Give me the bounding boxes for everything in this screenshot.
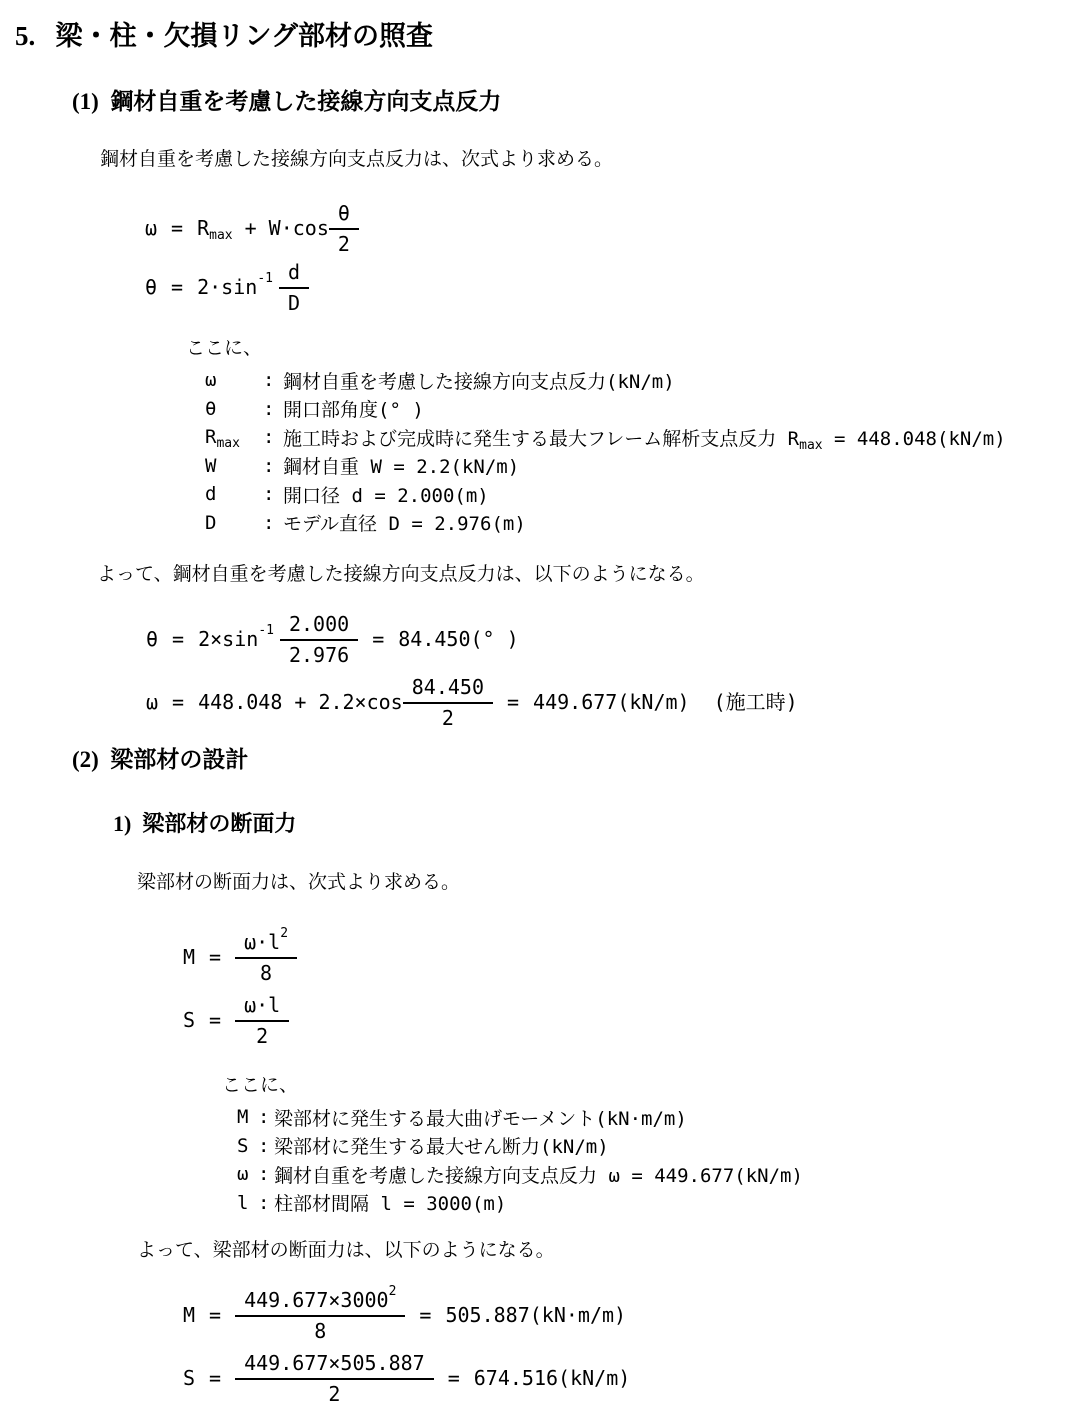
formula-result: 674.516(kN/m) [474, 1367, 631, 1390]
section-1-heading: (1) 鋼材自重を考慮した接線方向支点反力 [72, 88, 1092, 116]
formula-result: 505.887(kN·m/m) [445, 1304, 626, 1327]
formula-lhs: M [183, 946, 195, 969]
fraction: ω·l2 8 [235, 930, 297, 985]
equals-sign: = [209, 1009, 221, 1032]
formula-lhs: θ [145, 276, 157, 299]
fraction: ω·l 2 [235, 993, 289, 1048]
equals-sign: = [209, 946, 221, 969]
formula-moment-symbolic: M = ω·l2 8 [183, 930, 1092, 985]
superscript: 2 [280, 926, 288, 941]
definition-symbol: ω [205, 369, 263, 391]
fraction-denominator: 2 [442, 704, 454, 730]
section-1-intro: 鋼材自重を考慮した接線方向支点反力は、次式より求める。 [100, 148, 1092, 171]
section-2-conclusion: よって、梁部材の断面力は、以下のようになる。 [137, 1239, 1092, 1262]
plus-sign: + [245, 217, 257, 240]
definition-symbol: W [205, 455, 263, 477]
definition-symbol: S [237, 1135, 258, 1157]
section-1-conclusion: よって、鋼材自重を考慮した接線方向支点反力は、以下のようになる。 [97, 563, 1092, 586]
formula-term-sin: 2·sin-1 [197, 276, 273, 299]
definition-list-2: M : 梁部材に発生する最大曲げモーメント(kN·m/m) S : 梁部材に発生… [237, 1103, 1092, 1217]
definition-colon: : [258, 1163, 274, 1185]
definition-colon: : [258, 1106, 274, 1128]
section-2-heading: (2) 梁部材の設計 [72, 746, 1092, 774]
equals-sign: = [209, 1367, 221, 1390]
superscript: -1 [257, 271, 273, 286]
formula-omega-symbolic: ω = Rmax + W·cos θ 2 [145, 201, 1092, 256]
formula-omega-numeric: ω = 448.048 + 2.2×cos 84.450 2 = 449.677… [146, 675, 1092, 730]
definition-list-1: ω : 鋼材自重を考慮した接線方向支点反力(kN/m) θ : 開口部角度(° … [205, 366, 1092, 537]
fraction-denominator: 2 [256, 1022, 268, 1048]
superscript: -1 [258, 623, 274, 638]
definition-text: 鋼材自重を考慮した接線方向支点反力 ω = 449.677(kN/m) [274, 1161, 1092, 1188]
subscript: max [209, 228, 232, 243]
fraction-denominator: 8 [314, 1317, 326, 1343]
formula-term-sin: 2×sin-1 [198, 628, 274, 651]
fraction-numerator: ω·l [235, 993, 289, 1022]
superscript: 2 [389, 1284, 397, 1299]
subscript: max [799, 438, 822, 453]
fraction-denominator: 2 [328, 1380, 340, 1406]
fraction-numerator: ω·l2 [235, 930, 297, 959]
formula-lhs: ω [145, 217, 157, 240]
fraction-denominator: 8 [260, 959, 272, 985]
formula-result: 84.450(° ) [398, 628, 518, 651]
where-label-1: ここに、 [186, 337, 1092, 360]
formula-theta-symbolic: θ = 2·sin-1 d D [145, 260, 1092, 315]
definition-text: モデル直径 D = 2.976(m) [283, 509, 1092, 536]
formula-lhs: S [183, 1367, 195, 1390]
definition-symbol: d [205, 483, 263, 505]
formula-term-wcos-value: 2.2×cos [318, 691, 402, 714]
formula-theta-numeric: θ = 2×sin-1 2.000 2.976 = 84.450(° ) [146, 612, 1092, 667]
equals-sign: = [171, 276, 183, 299]
fraction: θ 2 [329, 201, 359, 256]
definition-text: 施工時および完成時に発生する最大フレーム解析支点反力 Rmax = 448.04… [283, 424, 1092, 451]
definition-row-omega: ω : 鋼材自重を考慮した接線方向支点反力(kN/m) [205, 366, 1092, 395]
formula-lhs: ω [146, 691, 158, 714]
subscript: max [216, 436, 239, 451]
fraction-numerator: θ [329, 201, 359, 230]
definition-text: 開口径 d = 2.000(m) [283, 481, 1092, 508]
formula-term-rmax-value: 448.048 [198, 691, 282, 714]
fraction: 84.450 2 [403, 675, 493, 730]
definition-colon: : [263, 512, 283, 534]
definition-row-M: M : 梁部材に発生する最大曲げモーメント(kN·m/m) [237, 1103, 1092, 1132]
definition-row-D: D : モデル直径 D = 2.976(m) [205, 509, 1092, 538]
definition-row-S: S : 梁部材に発生する最大せん断力(kN/m) [237, 1132, 1092, 1161]
equals-sign: = [171, 217, 183, 240]
where-label-2: ここに、 [222, 1074, 1092, 1097]
definition-text: 梁部材に発生する最大せん断力(kN/m) [274, 1132, 1092, 1159]
formula-lhs: M [183, 1304, 195, 1327]
equals-sign: = [172, 691, 184, 714]
formula-lhs: θ [146, 628, 158, 651]
section-2-intro: 梁部材の断面力は、次式より求める。 [137, 871, 1092, 894]
fraction-denominator: D [288, 289, 300, 315]
formula-note-construction: (施工時) [714, 691, 798, 714]
definition-row-d: d : 開口径 d = 2.000(m) [205, 480, 1092, 509]
fraction-numerator: 84.450 [403, 675, 493, 704]
definition-symbol: Rmax [205, 426, 263, 448]
definition-symbol: D [205, 512, 263, 534]
formula-term-rmax: Rmax [197, 217, 233, 240]
definition-colon: : [263, 426, 283, 448]
definition-symbol: θ [205, 398, 263, 420]
definition-colon: : [258, 1192, 274, 1214]
definition-row-rmax: Rmax : 施工時および完成時に発生する最大フレーム解析支点反力 Rmax =… [205, 423, 1092, 452]
definition-row-theta: θ : 開口部角度(° ) [205, 395, 1092, 424]
formula-shear-numeric: S = 449.677×505.887 2 = 674.516(kN/m) [183, 1351, 1092, 1406]
chapter-heading: 5. 梁・柱・欠損リング部材の照査 [15, 20, 1092, 52]
formula-lhs: S [183, 1009, 195, 1032]
fraction-denominator: 2.976 [289, 641, 349, 667]
definition-row-l: l : 柱部材間隔 l = 3000(m) [237, 1189, 1092, 1218]
definition-symbol: M [237, 1106, 258, 1128]
equals-sign: = [209, 1304, 221, 1327]
definition-colon: : [263, 369, 283, 391]
definition-text: 鋼材自重を考慮した接線方向支点反力(kN/m) [283, 367, 1092, 394]
fraction: 449.677×505.887 2 [235, 1351, 434, 1406]
definition-symbol: ω [237, 1163, 258, 1185]
subsection-1-heading: 1) 梁部材の断面力 [113, 810, 1092, 837]
fraction-numerator: d [279, 260, 309, 289]
formula-shear-symbolic: S = ω·l 2 [183, 993, 1092, 1048]
definition-row-omega: ω : 鋼材自重を考慮した接線方向支点反力 ω = 449.677(kN/m) [237, 1160, 1092, 1189]
definition-text: 鋼材自重 W = 2.2(kN/m) [283, 452, 1092, 479]
plus-sign: + [294, 691, 306, 714]
definition-symbol: l [237, 1192, 258, 1214]
equals-sign: = [419, 1304, 431, 1327]
definition-text: 梁部材に発生する最大曲げモーメント(kN·m/m) [274, 1104, 1092, 1131]
definition-value: = 448.048(kN/m) [823, 428, 1006, 450]
fraction-numerator: 2.000 [280, 612, 358, 641]
formula-term-wcos: W·cos [269, 217, 329, 240]
definition-text: 開口部角度(° ) [283, 395, 1092, 422]
definition-text: 柱部材間隔 l = 3000(m) [274, 1189, 1092, 1216]
fraction-numerator: 449.677×505.887 [235, 1351, 434, 1380]
fraction: 449.677×30002 8 [235, 1288, 405, 1343]
fraction-denominator: 2 [338, 230, 350, 256]
equals-sign: = [448, 1367, 460, 1390]
definition-colon: : [263, 398, 283, 420]
definition-row-w: W : 鋼材自重 W = 2.2(kN/m) [205, 452, 1092, 481]
fraction: d D [279, 260, 309, 315]
equals-sign: = [372, 628, 384, 651]
definition-colon: : [258, 1135, 274, 1157]
equals-sign: = [507, 691, 519, 714]
fraction: 2.000 2.976 [280, 612, 358, 667]
definition-colon: : [263, 483, 283, 505]
formula-result: 449.677(kN/m) [533, 691, 690, 714]
fraction-numerator: 449.677×30002 [235, 1288, 405, 1317]
definition-colon: : [263, 455, 283, 477]
document-page: 5. 梁・柱・欠損リング部材の照査 (1) 鋼材自重を考慮した接線方向支点反力 … [0, 0, 1092, 1416]
equals-sign: = [172, 628, 184, 651]
formula-moment-numeric: M = 449.677×30002 8 = 505.887(kN·m/m) [183, 1288, 1092, 1343]
